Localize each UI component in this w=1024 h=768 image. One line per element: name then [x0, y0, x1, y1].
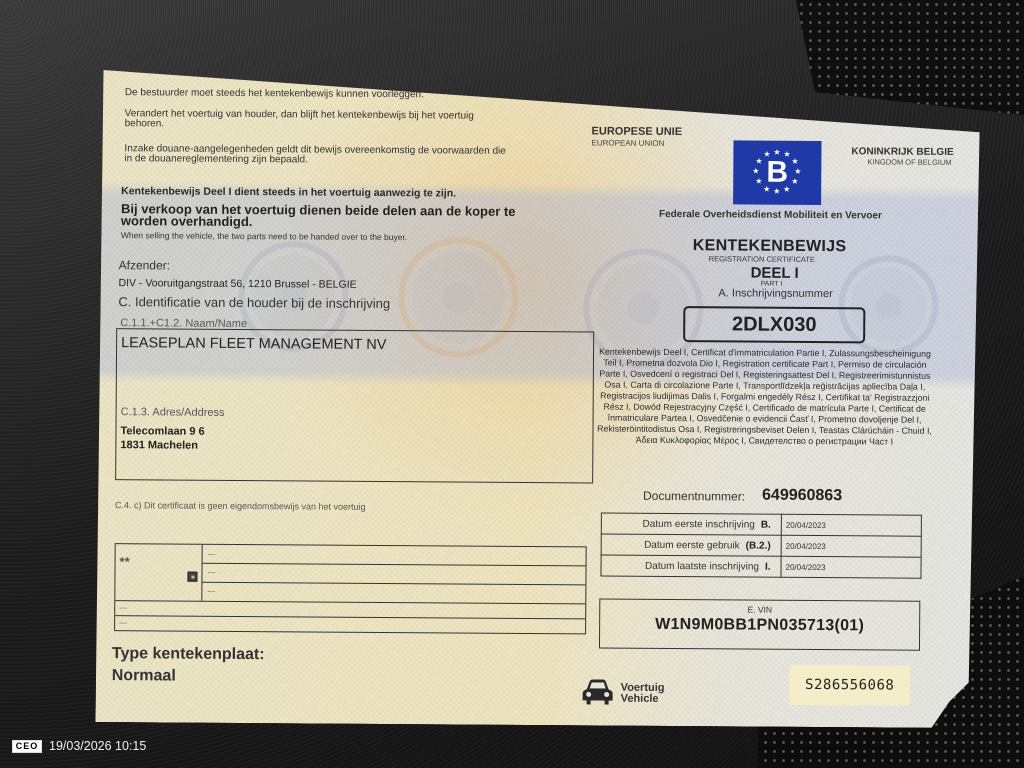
grid-rule [115, 615, 585, 619]
multilingual-title: Kentekenbewijs Deel I, Certificat d'imma… [594, 346, 935, 447]
vin-label: E. VIN [600, 604, 919, 616]
grid-rule [202, 563, 586, 567]
deel-notice: Kentekenbewijs Deel I dient steeds in he… [121, 185, 456, 199]
grid-cell: --- [119, 603, 127, 612]
holder-address-line2: 1831 Machelen [120, 438, 198, 453]
reg-number-box: 2DLX030 [683, 306, 865, 343]
dates-table: Datum eerste inschrijvingB. 20/04/2023 D… [600, 513, 921, 579]
grid-cell: --- [208, 550, 216, 559]
date-label: Datum eerste gebruik [644, 539, 740, 551]
notice-holder-change: Verandert het voertuig van houder, dan b… [125, 108, 474, 121]
grid-cell: --- [207, 587, 215, 596]
notice-customs-cont: in de douanereglementering zijn bepaald. [124, 153, 308, 165]
date-value: 20/04/2023 [781, 535, 921, 557]
ceo-logo-icon: CEO [12, 740, 42, 753]
grid-divider [201, 545, 203, 601]
grid-square-icon [187, 572, 197, 582]
grid-cell: --- [207, 568, 215, 577]
registration-certificate: De bestuurder moet steeds het kentekenbe… [95, 70, 980, 728]
authority: Federale Overheidsdienst Mobiliteit en V… [659, 209, 882, 222]
sender-label: Afzender: [119, 258, 170, 272]
holder-box: LEASEPLAN FLEET MANAGEMENT NV C.1.3. Adr… [115, 328, 594, 483]
plate-type-value: Normaal [112, 667, 176, 685]
vehicle-label-en: Vehicle [621, 694, 659, 705]
sale-notice-line2: worden overhandigd. [121, 215, 253, 228]
document-number-label: Documentnummer: [643, 489, 745, 504]
kingdom-label-en: KINGDOM OF BELGIUM [867, 157, 951, 167]
photo-watermark: CEO 19/03/2026 10:15 [12, 739, 146, 753]
vin-box: E. VIN W1N9M0BB1PN035713(01) [599, 598, 920, 650]
date-row-first-registration: Datum eerste inschrijvingB. 20/04/2023 [601, 513, 921, 536]
holder-address-line1: Telecomlaan 9 6 [120, 424, 204, 439]
date-row-last-registration: Datum laatste inschrijvingI. 20/04/2023 [601, 555, 921, 578]
eu-label-en: EUROPEAN UNION [591, 138, 664, 148]
holder-address-label: C.1.3. Adres/Address [121, 406, 225, 419]
date-value: 20/04/2023 [781, 556, 921, 578]
sender-value: DIV - Vooruitgangstraat 56, 1210 Brussel… [118, 277, 356, 291]
date-code: I. [765, 561, 771, 572]
serial-sticker: S286556068 [790, 665, 910, 706]
date-label: Datum eerste inschrijving [643, 518, 755, 530]
country-code: B [763, 157, 791, 189]
grid-rule [115, 600, 585, 604]
vin-value: W1N9M0BB1PN035713(01) [600, 616, 919, 636]
grid-rule [201, 582, 585, 586]
photo-timestamp: 19/03/2026 10:15 [49, 739, 146, 753]
annotation-grid: ** --- --- --- --- --- [114, 543, 587, 634]
notice-holder-change-cont: behoren. [125, 118, 165, 129]
grid-cell: --- [119, 618, 127, 627]
eu-label: EUROPESE UNIE [592, 125, 683, 138]
grid-stars: ** [120, 554, 130, 569]
date-row-first-use: Datum eerste gebruik(B.2.) 20/04/2023 [601, 534, 921, 557]
certificate-title-en: REGISTRATION CERTIFICATE [709, 254, 815, 264]
part-title: DEEL I [751, 265, 799, 282]
document-number: 649960863 [762, 487, 842, 506]
section-c-title: C. Identificatie van de houder bij de in… [118, 294, 390, 311]
plate-type-label: Type kentekenplaat: [112, 645, 265, 664]
eu-flag-b: ★ ★ ★ ★ ★ ★ ★ ★ ★ ★ ★ ★ B [733, 140, 821, 205]
date-value: 20/04/2023 [781, 514, 921, 536]
reg-number: 2DLX030 [732, 313, 817, 337]
c4-note: C.4. c) Dit certificaat is geen eigendom… [115, 500, 366, 512]
holder-name: LEASEPLAN FLEET MANAGEMENT NV [121, 335, 386, 353]
car-icon [581, 678, 615, 706]
sale-notice-en: When selling the vehicle, the two parts … [121, 230, 407, 242]
kingdom-label: KONINKRIJK BELGIE [851, 146, 953, 158]
sticker-number: S286556068 [805, 677, 894, 694]
date-code: B. [761, 519, 771, 530]
date-code: (B.2.) [746, 540, 771, 551]
reg-number-label: A. Inschrijvingsnummer [718, 287, 832, 300]
date-label: Datum laatste inschrijving [645, 560, 759, 572]
